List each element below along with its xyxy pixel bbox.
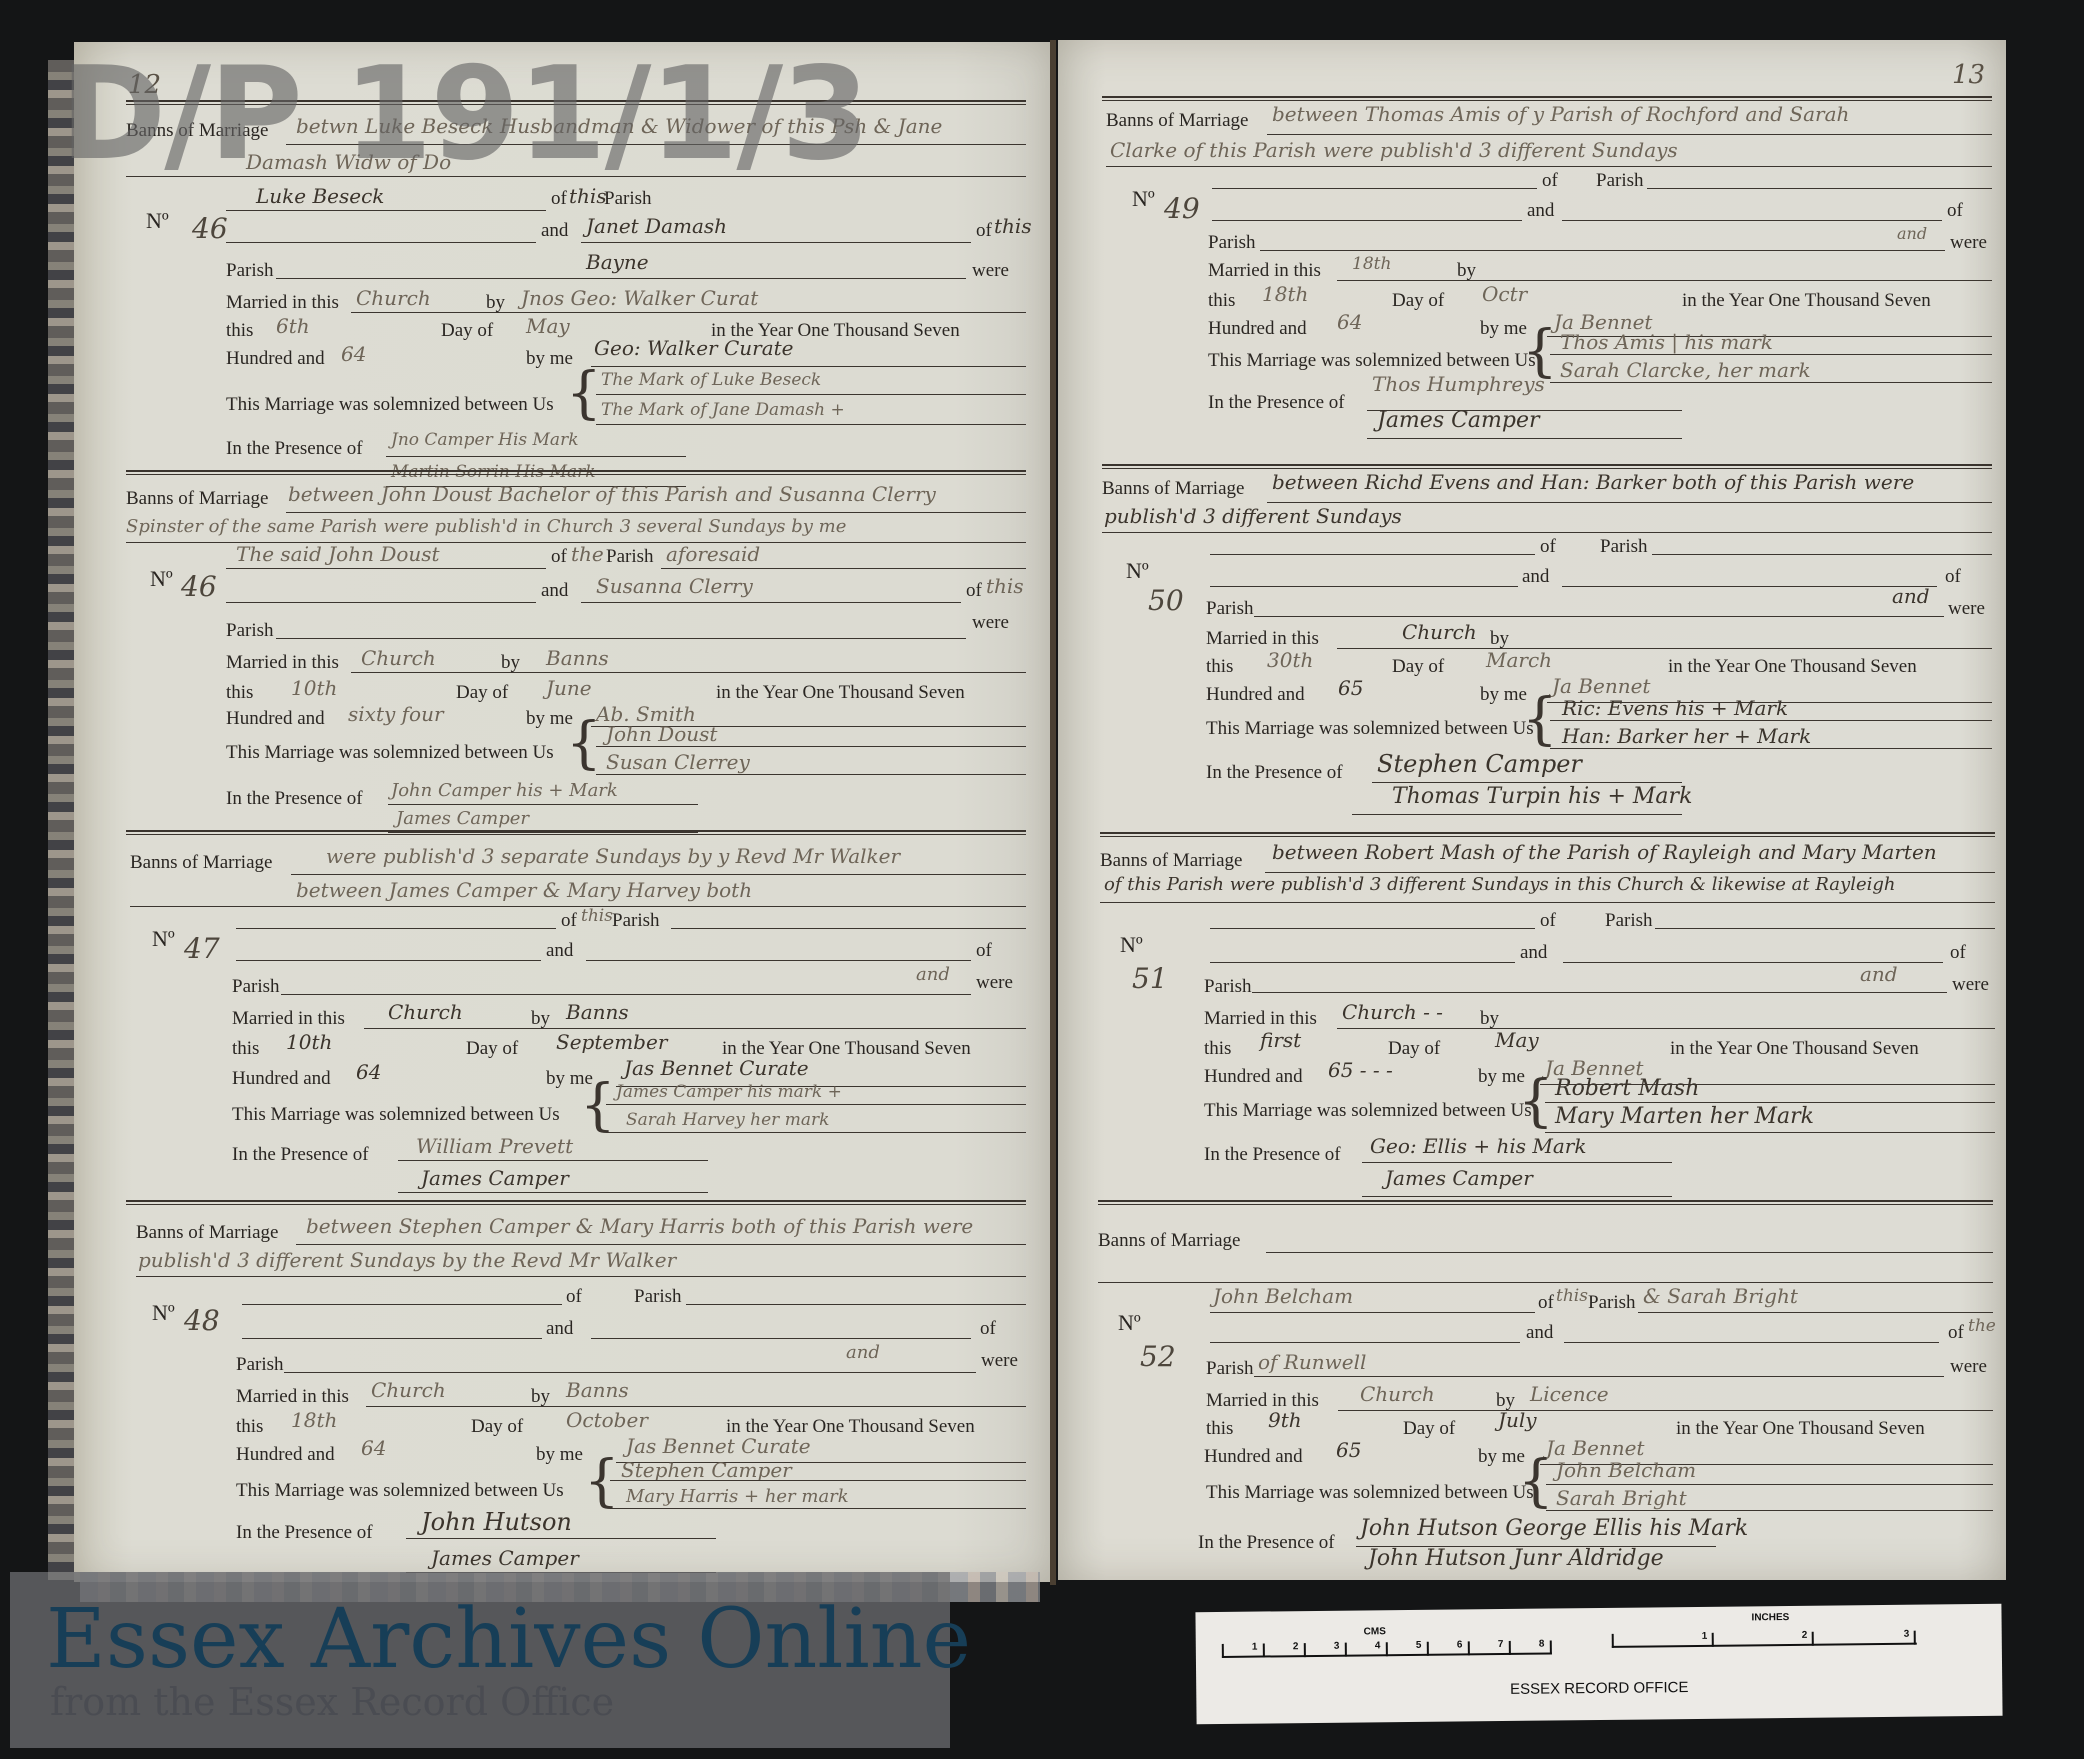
married-in-label: Married in this (226, 292, 339, 314)
by-value: Banns (546, 646, 609, 670)
marriage-entry: Banns of Marriage between Richd Evens an… (1102, 464, 1992, 814)
party2-line (591, 1338, 971, 1339)
by-label: by (1457, 260, 1476, 282)
this-label: this (1206, 1418, 1233, 1440)
brace: { (1518, 1454, 1554, 1510)
party1-line (1210, 554, 1535, 555)
signature-2: Han: Barker her + Mark (1562, 724, 1811, 748)
signature-line-2 (1550, 748, 1992, 749)
month-value: September (556, 1030, 667, 1054)
hundred-and-label: Hundred and (232, 1068, 331, 1090)
and-line (1212, 220, 1522, 221)
hundred-and-label: Hundred and (1204, 1446, 1303, 1468)
parish-value: and (1897, 224, 1927, 243)
and-line (226, 602, 536, 603)
parish-label: Parish (1208, 232, 1256, 254)
married-in-label: Married in this (1208, 260, 1321, 282)
banns-label: Banns of Marriage (1098, 1230, 1240, 1252)
entry-number: 47 (184, 932, 220, 965)
month-value: October (566, 1408, 648, 1432)
parish-label: Parish (604, 188, 652, 210)
day-of-label: Day of (466, 1038, 518, 1060)
year-value: 65 (1338, 676, 1363, 700)
place-value: Church (356, 286, 431, 310)
party2-of: this (986, 574, 1024, 598)
presence-label: In the Presence of (1198, 1532, 1335, 1554)
witness-2: James Camper (1377, 408, 1540, 433)
by-value: Licence (1530, 1382, 1609, 1406)
were-label: were (972, 260, 1009, 282)
and-line (1210, 586, 1518, 587)
day-of-label: Day of (441, 320, 493, 342)
parish-value: and (846, 1342, 880, 1363)
month-value: March (1486, 648, 1552, 672)
cm-tick-label: 6 (1457, 1639, 1463, 1650)
married-in-label: Married in this (226, 652, 339, 674)
of-label: of (1538, 1292, 1554, 1314)
by-label: by (1490, 628, 1509, 650)
signature-2: Susan Clerrey (606, 750, 750, 774)
place-value: Church (388, 1000, 463, 1024)
year-text: in the Year One Thousand Seven (716, 682, 965, 704)
this-label: this (232, 1038, 259, 1060)
signature-line-1 (606, 1104, 1026, 1105)
and-label: and (541, 220, 568, 242)
party2-line (1562, 586, 1937, 587)
parish-line (276, 278, 966, 279)
cm-tick-label: 5 (1416, 1640, 1422, 1651)
banns-label: Banns of Marriage (130, 852, 272, 874)
inch-unit-label: INCHES (1751, 1612, 1789, 1623)
officiant-value: Ja Bennet (1546, 1436, 1644, 1460)
witness-1: William Prevett (416, 1134, 573, 1158)
married-line (1337, 280, 1992, 281)
double-rule (1098, 1200, 1993, 1205)
and-line (236, 960, 541, 961)
solemnized-label: This Marriage was solemnized between Us (1204, 1100, 1532, 1122)
officiant-value: Jas Bennet Curate (626, 1434, 811, 1458)
double-rule (1100, 832, 1995, 837)
banns-line-1 (286, 512, 1026, 513)
signature-2: Sarah Clarcke, her mark (1560, 358, 1811, 382)
presence-label: In the Presence of (1206, 762, 1343, 784)
number-label: Nº (152, 926, 175, 952)
presence-label: In the Presence of (232, 1144, 369, 1166)
and-line (1210, 1342, 1520, 1343)
party1-line (242, 1304, 562, 1305)
month-value: June (546, 676, 592, 700)
party2-of: this (994, 214, 1032, 238)
reference-watermark: D/P 191/1/3 (60, 40, 868, 189)
number-label: Nº (150, 566, 173, 592)
party2-line (581, 242, 971, 243)
double-rule (1102, 464, 1992, 469)
and-line (226, 242, 536, 243)
number-label: Nº (1132, 186, 1155, 212)
signature-line-1 (1550, 720, 1992, 721)
witness-1: Stephen Camper (1377, 750, 1582, 778)
witness-line-1 (1362, 1162, 1672, 1163)
entry-number: 52 (1140, 1340, 1176, 1373)
banns-label: Banns of Marriage (1106, 110, 1248, 132)
and-label: and (541, 580, 568, 602)
were-label: were (1950, 1356, 1987, 1378)
hundred-and-label: Hundred and (226, 708, 325, 730)
witness-line-2 (1362, 1196, 1672, 1197)
party1-line (1212, 188, 1537, 189)
and-label: and (1520, 942, 1547, 964)
witness-2: Thomas Turpin his + Mark (1392, 784, 1692, 809)
place-value: Church (1360, 1382, 1435, 1406)
day-of-label: Day of (1403, 1418, 1455, 1440)
married-in-label: Married in this (236, 1386, 349, 1408)
solemnized-label: This Marriage was solemnized between Us (232, 1104, 560, 1126)
of-label: of (561, 910, 577, 932)
signature-1: James Camper his mark + (616, 1082, 842, 1102)
of-label: of (980, 1318, 996, 1340)
presence-label: In the Presence of (226, 438, 363, 460)
entry-number: 50 (1148, 584, 1184, 617)
day-of-label: Day of (1388, 1038, 1440, 1060)
parish-label: Parish (1206, 1358, 1254, 1380)
witness-line-2 (1352, 814, 1682, 815)
double-rule (126, 1200, 1026, 1205)
day-of-label: Day of (456, 682, 508, 704)
by-me-label: by me (1480, 684, 1527, 706)
number-label: Nº (1118, 1310, 1141, 1336)
parish-label: Parish (232, 976, 280, 998)
banns-label: Banns of Marriage (136, 1222, 278, 1244)
entry-number: 51 (1132, 962, 1168, 995)
and-line (1210, 962, 1515, 963)
signature-line-2 (1546, 1510, 1993, 1511)
banns-line-2 (1106, 166, 1992, 167)
marriage-entry: Banns of Marriage were publish'd 3 separ… (126, 830, 1026, 1170)
parish-label: Parish (1206, 598, 1254, 620)
signature-line-2 (596, 424, 1026, 425)
parish-line (276, 638, 966, 639)
month-value: May (526, 314, 570, 338)
banns-line-2 (130, 906, 1026, 907)
day-of-label: Day of (1392, 290, 1444, 312)
married-line (366, 1406, 1026, 1407)
parish-value: and (916, 964, 950, 985)
day-value: 18th (291, 1408, 337, 1432)
signature-line-2 (606, 1132, 1026, 1133)
this-label: this (1204, 1038, 1231, 1060)
year-value: 65 - - - (1328, 1058, 1393, 1082)
married-in-label: Married in this (1206, 628, 1319, 650)
solemnized-label: This Marriage was solemnized between Us (1206, 1482, 1534, 1504)
parish-label: Parish (226, 620, 274, 642)
parish-suffix-line (1655, 928, 1995, 929)
party1-parish-suffix: aforesaid (666, 542, 760, 566)
signature-line-2 (610, 1508, 1026, 1509)
this-label: this (1208, 290, 1235, 312)
place-value: Church (361, 646, 436, 670)
by-me-line (591, 366, 1026, 367)
signature-1: The Mark of Luke Beseck (601, 370, 821, 390)
banns-line-2 (1100, 902, 1995, 903)
place-value: Church (371, 1378, 446, 1402)
banns-text-1: between Thomas Amis of y Parish of Rochf… (1272, 102, 1849, 126)
solemnized-label: This Marriage was solemnized between Us (226, 394, 554, 416)
signature-line-1 (596, 394, 1026, 395)
married-in-label: Married in this (1204, 1008, 1317, 1030)
year-value: 65 (1336, 1438, 1361, 1462)
banns-text-2: Clarke of this Parish were publish'd 3 d… (1110, 138, 1678, 162)
party1-line (226, 210, 546, 211)
were-label: were (981, 1350, 1018, 1372)
by-label: by (1480, 1008, 1499, 1030)
inch-tick-label: 1 (1702, 1631, 1708, 1642)
signature-1: John Doust (606, 722, 717, 746)
officiant-value: Ja Bennet (1552, 674, 1650, 698)
of-label: of (1945, 566, 1961, 588)
this-label: this (236, 1416, 263, 1438)
signature-line-1 (1545, 1102, 1995, 1103)
witness-line-1 (388, 804, 698, 805)
year-value: 64 (341, 342, 366, 366)
were-label: were (976, 972, 1013, 994)
double-rule (126, 830, 1026, 835)
parish-label: Parish (226, 260, 274, 282)
brace: { (580, 1078, 616, 1134)
witness-1: Geo: Ellis + his Mark (1370, 1134, 1586, 1158)
parish-line (284, 1372, 976, 1373)
banns-text-1: between Robert Mash of the Parish of Ray… (1272, 840, 1937, 864)
party2-name: Susanna Clerry (596, 574, 753, 598)
ruler-label: ESSEX RECORD OFFICE (1196, 1676, 2002, 1701)
were-label: were (1950, 232, 1987, 254)
party1-of: this (1556, 1286, 1588, 1306)
witness-1: John Hutson (421, 1508, 572, 1536)
signature-2: Mary Harris + her mark (626, 1486, 849, 1507)
witness-line-1 (398, 1160, 708, 1161)
banns-text-2: publish'd 3 different Sundays by the Rev… (138, 1248, 676, 1272)
place-value: 18th (1352, 254, 1391, 274)
signature-1: John Belcham (1556, 1458, 1696, 1482)
cm-tick-label: 1 (1252, 1642, 1258, 1653)
and-label: and (1527, 200, 1554, 222)
by-value: Banns (566, 1378, 629, 1402)
witness-line-1 (406, 1538, 716, 1539)
cm-unit-label: CMS (1364, 1626, 1386, 1637)
marriage-entry: Banns of Marriage between John Doust Bac… (126, 470, 1026, 810)
by-label: by (501, 652, 520, 674)
right-page-number: 13 (1952, 60, 1985, 90)
of-label: of (976, 220, 992, 242)
number-label: Nº (1120, 932, 1143, 958)
parish-suffix-line (686, 1304, 1026, 1305)
and-label: and (1522, 566, 1549, 588)
day-value: 30th (1267, 648, 1313, 672)
signature-2: Sarah Harvey her mark (626, 1110, 829, 1130)
day-value: 6th (276, 314, 310, 338)
brace: { (584, 1454, 620, 1510)
signature-line-1 (610, 1480, 1026, 1481)
witness-1: Jno Camper His Mark (391, 430, 579, 450)
marriage-entry: Banns of Marriage between Stephen Camper… (126, 1200, 1026, 1540)
signature-1: Stephen Camper (621, 1458, 792, 1482)
banns-text-1: between Richd Evens and Han: Barker both… (1272, 470, 1914, 494)
day-value: 10th (291, 676, 337, 700)
number-label: Nº (1126, 558, 1149, 584)
presence-label: In the Presence of (236, 1522, 373, 1544)
hundred-and-label: Hundred and (1208, 318, 1307, 340)
signature-line-1 (1546, 1484, 1993, 1485)
banns-line-1 (296, 1244, 1026, 1245)
banns-text-2: publish'd 3 different Sundays (1104, 504, 1402, 528)
party1-of: this (581, 906, 613, 926)
year-value: 64 (361, 1436, 386, 1460)
parish-label: Parish (1596, 170, 1644, 192)
parish-line (1254, 1376, 1944, 1377)
officiant-value: Jas Bennet Curate (624, 1056, 809, 1080)
party2-name: Janet Damash (586, 214, 727, 238)
parish-value: Bayne (586, 250, 649, 274)
by-label: by (531, 1008, 550, 1030)
banns-text-2: between James Camper & Mary Harvey both (296, 878, 752, 902)
parish-suffix-line (1652, 554, 1992, 555)
of-label: of (1540, 910, 1556, 932)
of-label: of (1950, 942, 1966, 964)
banns-line-1 (1267, 134, 1992, 135)
married-line (351, 312, 1026, 313)
of-label: of (976, 940, 992, 962)
double-rule (1102, 96, 1992, 101)
signature-2: Sarah Bright (1556, 1486, 1687, 1510)
and-label: and (546, 1318, 573, 1340)
married-in-label: Married in this (1206, 1390, 1319, 1412)
witness-2: James Camper (421, 1166, 569, 1190)
of-label: of (1540, 536, 1556, 558)
solemnized-label: This Marriage was solemnized between Us (226, 742, 554, 764)
day-value: 18th (1262, 282, 1308, 306)
married-line (1337, 648, 1992, 649)
of-label: of (566, 1286, 582, 1308)
by-value: Jnos Geo: Walker Curat (521, 286, 758, 310)
witness-line-1 (386, 456, 686, 457)
witness-2: John Hutson Junr Aldridge (1368, 1546, 1664, 1571)
banns-text-2: of this Parish were publish'd 3 differen… (1104, 874, 1895, 895)
parish-value: of Runwell (1258, 1350, 1366, 1374)
place-value: Church (1402, 620, 1477, 644)
this-label: this (226, 682, 253, 704)
were-label: were (1948, 598, 1985, 620)
archive-logo-title: Essex Archives Online (46, 1592, 971, 1687)
inch-tick-label: 2 (1802, 1630, 1808, 1641)
witness-2: James Camper (431, 1546, 579, 1570)
marriage-entry: Banns of Marriage between Thomas Amis of… (1102, 96, 1992, 446)
signature-2: Mary Marten her Mark (1555, 1104, 1814, 1129)
book-spine (1050, 40, 1056, 1585)
by-me-label: by me (536, 1444, 583, 1466)
solemnized-label: This Marriage was solemnized between Us (1206, 718, 1534, 740)
day-value: first (1260, 1028, 1301, 1052)
of-label: of (551, 188, 567, 210)
parish-suffix-line (1647, 188, 1992, 189)
witness-1: Thos Humphreys (1372, 372, 1545, 396)
signature-line-1 (1550, 354, 1992, 355)
presence-label: In the Presence of (1208, 392, 1345, 414)
banns-label: Banns of Marriage (1100, 850, 1242, 872)
signature-line-2 (1545, 1132, 1995, 1133)
solemnized-label: This Marriage was solemnized between Us (1208, 350, 1536, 372)
number-label: Nº (152, 1300, 175, 1326)
year-value: sixty four (348, 702, 444, 726)
witness-line-2 (1367, 438, 1682, 439)
parish-label: Parish (634, 1286, 682, 1308)
parish-label: Parish (1605, 910, 1653, 932)
cm-tick-label: 4 (1375, 1640, 1381, 1651)
signature-1: Ric: Evens his + Mark (1562, 696, 1788, 720)
entry-number: 46 (192, 212, 228, 245)
number-label: Nº (146, 208, 169, 234)
by-label: by (486, 292, 505, 314)
party1-name: John Belcham (1213, 1284, 1353, 1308)
married-line (1338, 1410, 1993, 1411)
parish-value: and (1892, 584, 1930, 608)
party1-parish-suffix: & Sarah Bright (1643, 1284, 1798, 1308)
banns-line-2 (1098, 1282, 1993, 1283)
witness-2: James Camper (396, 808, 529, 829)
entry-number: 48 (184, 1304, 220, 1337)
month-value: Octr (1482, 282, 1527, 306)
banns-label: Banns of Marriage (1102, 478, 1244, 500)
cm-tick-label: 8 (1539, 1639, 1545, 1650)
banns-text-1: between Stephen Camper & Mary Harris bot… (306, 1214, 973, 1238)
parish-suffix-line (1638, 1312, 1993, 1313)
year-text: in the Year One Thousand Seven (1676, 1418, 1925, 1440)
witness-2: James Camper (1385, 1166, 1533, 1190)
party2-line (1562, 220, 1942, 221)
entry-number: 46 (181, 570, 217, 603)
party1-line (226, 568, 546, 569)
party2-line (586, 960, 971, 961)
inch-scale: 1 2 3 INCHES (1612, 1629, 1917, 1648)
marbled-cover-edge (48, 60, 76, 1580)
day-value: 10th (286, 1030, 332, 1054)
banns-line-1 (1266, 1252, 1993, 1253)
parish-suffix-line (671, 928, 1026, 929)
witness-1: John Camper his + Mark (391, 780, 618, 801)
hundred-and-label: Hundred and (226, 348, 325, 370)
signature-1: Thos Amis | his mark (1560, 330, 1773, 354)
witness-line-1 (1372, 782, 1682, 783)
were-label: were (1952, 974, 1989, 996)
cm-tick-label: 2 (1293, 1641, 1299, 1652)
married-in-label: Married in this (232, 1008, 345, 1030)
married-line (351, 672, 1026, 673)
parish-label: Parish (606, 546, 654, 568)
and-label: and (1526, 1322, 1553, 1344)
parish-label: Parish (612, 910, 660, 932)
marriage-entry: Banns of Marriage John Belcham of this P… (1098, 1200, 1993, 1540)
signature-2: The Mark of Jane Damash + (601, 400, 845, 420)
banns-text-1: between John Doust Bachelor of this Pari… (288, 482, 936, 506)
parish-suffix-line (661, 568, 1026, 569)
inch-tick-label: 3 (1904, 1629, 1910, 1640)
presence-label: In the Presence of (1204, 1144, 1341, 1166)
parish-value: and (1860, 962, 1898, 986)
party2-line (1564, 1342, 1939, 1343)
day-of-label: Day of (471, 1416, 523, 1438)
double-rule (126, 470, 1026, 475)
married-line (1337, 1028, 1995, 1029)
of-label: of (966, 580, 982, 602)
cm-tick-label: 7 (1498, 1639, 1504, 1650)
